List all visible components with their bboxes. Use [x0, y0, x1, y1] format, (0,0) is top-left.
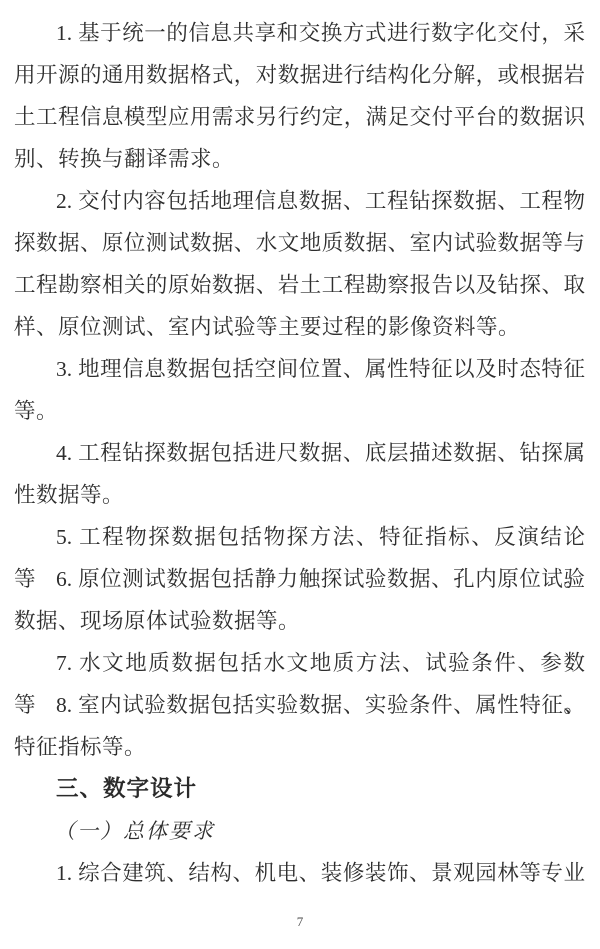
document-line: 2. 交付内容包括地理信息数据、工程钻探数据、工程物 [14, 180, 585, 222]
document-line: 8. 室内试验数据包括实验数据、实验条件、属性特征、 [14, 684, 585, 726]
document-line: 5. 工程物探数据包括物探方法、特征指标、反演结论等。 [14, 516, 585, 558]
document-line: 3. 地理信息数据包括空间位置、属性特征以及时态特征 [14, 348, 585, 390]
document-line: 工程勘察相关的原始数据、岩土工程勘察报告以及钻探、取 [14, 264, 585, 306]
subsection-heading: （一）总体要求 [14, 810, 585, 852]
document-line: 6. 原位测试数据包括静力触探试验数据、孔内原位试验 [14, 558, 585, 600]
document-line: 性数据等。 [14, 474, 585, 516]
document-line: 探数据、原位测试数据、水文地质数据、室内试验数据等与 [14, 222, 585, 264]
document-line: 样、原位测试、室内试验等主要过程的影像资料等。 [14, 306, 585, 348]
section-heading: 三、数字设计 [14, 768, 585, 810]
document-line: 别、转换与翻译需求。 [14, 138, 585, 180]
document-page: 1. 基于统一的信息共享和交换方式进行数字化交付，采 用开源的通用数据格式，对数… [0, 0, 600, 949]
document-line: 1. 基于统一的信息共享和交换方式进行数字化交付，采 [14, 12, 585, 54]
document-line: 特征指标等。 [14, 726, 585, 768]
document-line: 数据、现场原体试验数据等。 [14, 600, 585, 642]
document-line: 1. 综合建筑、结构、机电、装修装饰、景观园林等专业 [14, 852, 585, 894]
document-line: 4. 工程钻探数据包括进尺数据、底层描述数据、钻探属 [14, 432, 585, 474]
document-line: 等。 [14, 390, 585, 432]
document-line: 土工程信息模型应用需求另行约定，满足交付平台的数据识 [14, 96, 585, 138]
document-line: 7. 水文地质数据包括水文地质方法、试验条件、参数等。 [14, 642, 585, 684]
document-line: 用开源的通用数据格式，对数据进行结构化分解，或根据岩 [14, 54, 585, 96]
page-number: 7 [0, 912, 600, 932]
